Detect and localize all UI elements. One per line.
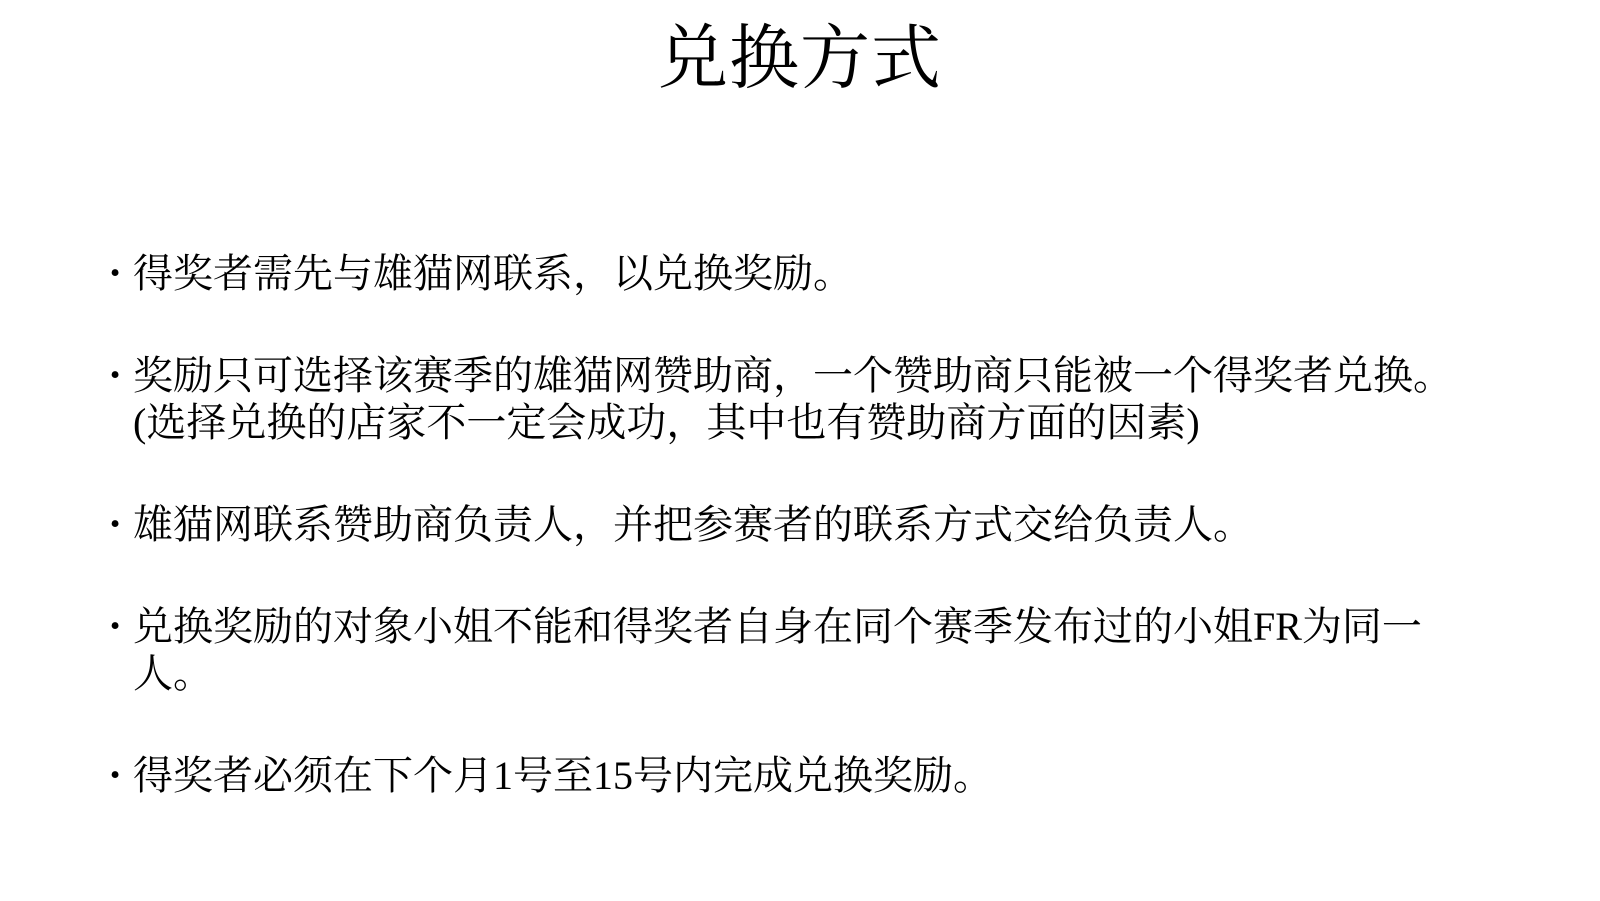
bullet-item: • 兑换奖励的对象小姐不能和得奖者自身在同个赛季发布过的小姐FR为同一 人。 <box>110 603 1478 697</box>
bullet-item: • 雄猫网联系赞助商负责人，并把参赛者的联系方式交给负责人。 <box>110 501 1478 548</box>
presentation-slide: 兑换方式 • 得奖者需先与雄猫网联系，以兑换奖励。 • 奖励只可选择该赛季的雄猫… <box>0 0 1600 901</box>
bullet-marker: • <box>110 603 130 650</box>
bullet-text: 得奖者必须在下个月1号至15号内完成兑换奖励。 <box>133 753 993 798</box>
bullet-list: • 得奖者需先与雄猫网联系，以兑换奖励。 • 奖励只可选择该赛季的雄猫网赞助商，… <box>110 250 1478 799</box>
bullet-marker: • <box>110 752 130 799</box>
slide-title: 兑换方式 <box>0 20 1600 100</box>
bullet-text: 奖励只可选择该赛季的雄猫网赞助商，一个赞助商只能被一个得奖者兑换。 (选择兑换的… <box>133 353 1453 445</box>
bullet-item: • 得奖者必须在下个月1号至15号内完成兑换奖励。 <box>110 752 1478 799</box>
bullet-text: 雄猫网联系赞助商负责人，并把参赛者的联系方式交给负责人。 <box>133 502 1253 547</box>
bullet-marker: • <box>110 352 130 399</box>
bullet-item: • 奖励只可选择该赛季的雄猫网赞助商，一个赞助商只能被一个得奖者兑换。 (选择兑… <box>110 352 1478 446</box>
bullet-item: • 得奖者需先与雄猫网联系，以兑换奖励。 <box>110 250 1478 297</box>
bullet-text: 兑换奖励的对象小姐不能和得奖者自身在同个赛季发布过的小姐FR为同一 人。 <box>133 604 1422 696</box>
bullet-marker: • <box>110 250 130 297</box>
bullet-marker: • <box>110 501 130 548</box>
bullet-text: 得奖者需先与雄猫网联系，以兑换奖励。 <box>133 251 853 296</box>
